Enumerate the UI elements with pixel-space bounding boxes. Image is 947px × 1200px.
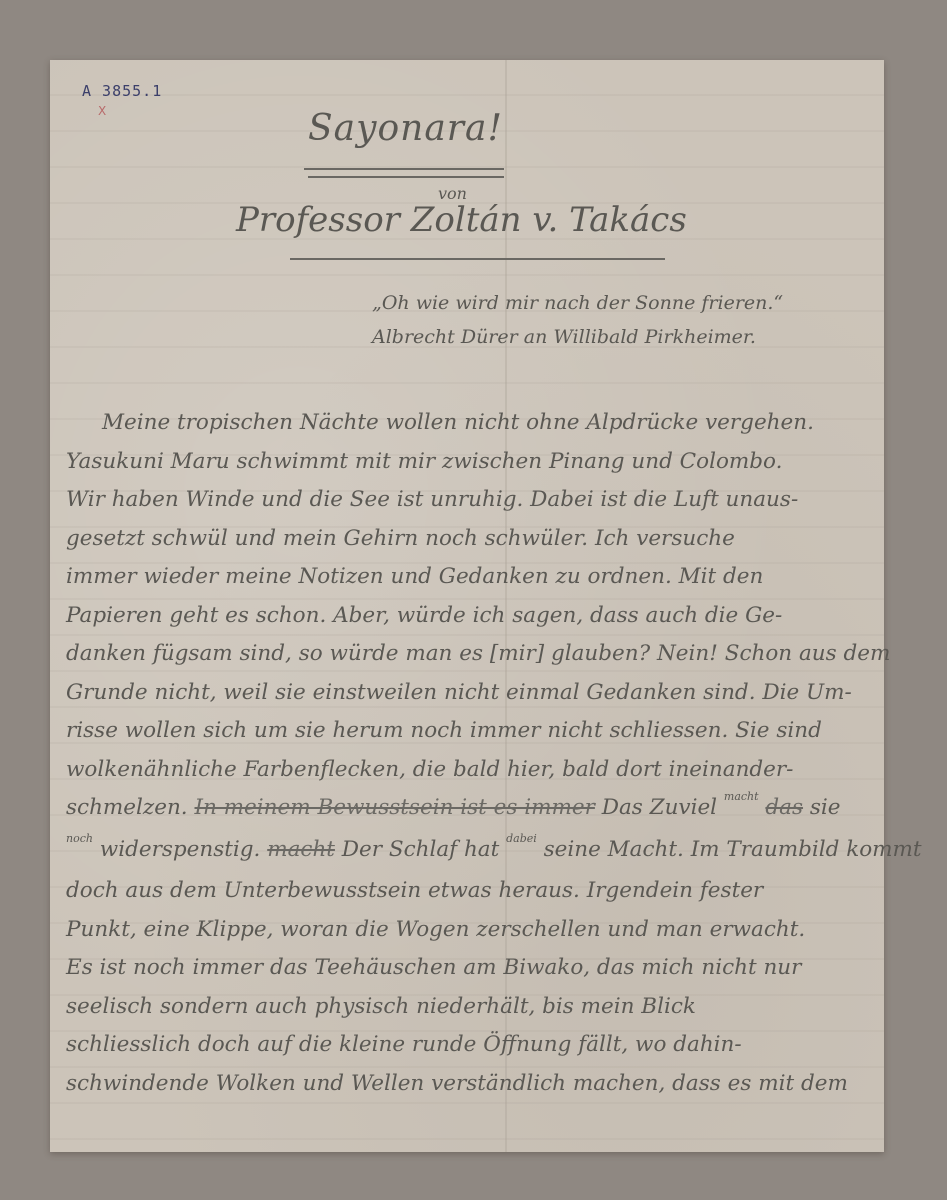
text-line: danken fügsam sind, so würde man es [mir… [66, 635, 876, 674]
text-line: Meine tropischen Nächte wollen nicht ohn… [66, 404, 876, 443]
text-line: Es ist noch immer das Teehäuschen am Biw… [66, 949, 876, 988]
text-line: Wir haben Winde und die See ist unruhig.… [66, 481, 876, 520]
author-name: Professor Zoltán v. Takács [236, 200, 687, 240]
struck-word: das [765, 795, 803, 820]
author-underline [290, 258, 665, 260]
red-margin-mark: X [98, 104, 106, 118]
text-line: Yasukuni Maru schwimmt mit mir zwischen … [66, 443, 876, 482]
title-underline-second [308, 176, 504, 178]
line-middle: Der Schlaf hat [342, 837, 499, 862]
text-line: doch aus dem Unterbewusstsein etwas hera… [66, 872, 876, 911]
struck-text: In meinem Bewusstsein ist es immer [195, 795, 595, 820]
epigraph-attribution: Albrecht Dürer an Willibald Pirkheimer. [372, 320, 783, 354]
text-line: wolkenähnliche Farbenflecken, die bald h… [66, 751, 876, 790]
text-line: risse wollen sich um sie herum noch imme… [66, 712, 876, 751]
manuscript-body: Meine tropischen Nächte wollen nicht ohn… [66, 404, 876, 1103]
text-line: Grunde nicht, weil sie einstweilen nicht… [66, 674, 876, 713]
inserted-word: dabei [506, 832, 537, 845]
text-line-with-deletion: noch widerspenstig. macht Der Schlaf hat… [66, 831, 876, 873]
text-line: seelisch sondern auch physisch niederhäl… [66, 988, 876, 1027]
inserted-word: macht [724, 790, 759, 803]
line-end: sie [810, 795, 841, 820]
text-line: Punkt, eine Klippe, woran die Wogen zers… [66, 911, 876, 950]
title-underline [304, 168, 504, 170]
text-line: gesetzt schwül und mein Gehirn noch schw… [66, 520, 876, 559]
margin-insert: noch [66, 832, 93, 845]
line-start: widerspenstig. [100, 837, 261, 862]
text-line: Papieren geht es schon. Aber, würde ich … [66, 597, 876, 636]
line-start: schmelzen. [66, 795, 188, 820]
text-line: immer wieder meine Notizen und Gedanken … [66, 558, 876, 597]
line-continue: Das Zuviel [602, 795, 717, 820]
archive-shelfmark: A 3855.1 [82, 82, 162, 100]
line-end: seine Macht. Im Traumbild kommt [544, 837, 922, 862]
struck-word: macht [267, 837, 335, 862]
manuscript-page: A 3855.1 X Sayonara! von Professor Zoltá… [50, 60, 884, 1152]
text-line: schwindende Wolken und Wellen verständli… [66, 1065, 876, 1104]
text-line: schliesslich doch auf die kleine runde Ö… [66, 1026, 876, 1065]
epigraph: „Oh wie wird mir nach der Sonne frieren.… [372, 286, 783, 354]
page-title: Sayonara! [308, 108, 503, 149]
epigraph-quote: „Oh wie wird mir nach der Sonne frieren.… [372, 286, 783, 320]
text-line-with-deletion: schmelzen. In meinem Bewusstsein ist es … [66, 789, 876, 831]
